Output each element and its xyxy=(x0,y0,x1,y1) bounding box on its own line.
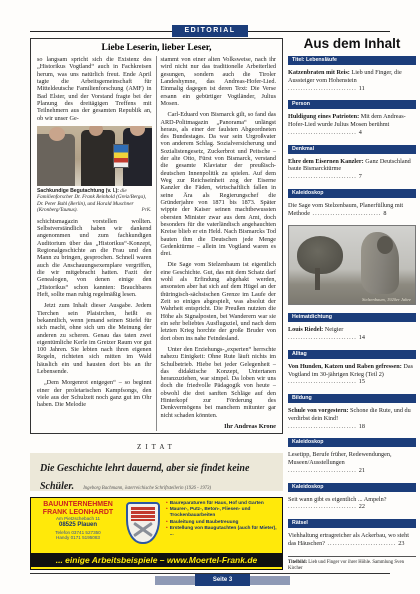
company-crest-icon xyxy=(126,502,160,544)
toc-entry: Die Sage vom Stelzenbaum, Planerfüllung … xyxy=(288,202,416,218)
paragraph: „Dem Morgenrot entgegen“ – so beginnt ei… xyxy=(37,379,152,408)
article-columns: so langsam spricht sich die Existenz des… xyxy=(31,56,282,431)
dot-leader xyxy=(288,334,357,341)
crest-bricks xyxy=(131,507,155,521)
quote-box: Die Geschichte lehrt dauernd, aber sie f… xyxy=(30,453,283,491)
quote-section-heading: ZITAT xyxy=(30,443,283,451)
photo-caption: Stelzenbaum, 1920er Jahre xyxy=(362,297,411,302)
dot-leader xyxy=(288,129,357,136)
photo-tree xyxy=(297,236,343,274)
toc-category-bar: Titel: Lebensläufe xyxy=(288,56,416,65)
photo-figure xyxy=(37,134,75,186)
photo-caption: Sachkundige Begutachtung (v. l.): die Fa… xyxy=(37,188,152,214)
toc-category-bar: Kaleidoskop xyxy=(288,438,416,447)
ad-website-banner: ... einige Arbeitsbeispiele – www.Moerte… xyxy=(31,553,282,567)
toc-page-number: 23 xyxy=(398,540,404,547)
toc-entry-lead: Schule von vorgestern: xyxy=(288,407,349,414)
toc-entry: Schule von vorgestern: Schone die Rute, … xyxy=(288,407,416,430)
toc-title: Aus dem Inhalt xyxy=(288,36,416,51)
ad-company-line1: BAUUNTERNEHMEN xyxy=(34,501,122,509)
toc-page-number: 22 xyxy=(359,503,365,510)
footer-strip: Seite 3 xyxy=(155,576,290,585)
paragraph: so langsam spricht sich die Existenz des… xyxy=(37,56,152,122)
toc-section: Heimatdichtung Louis Riedel: Neigier14 xyxy=(288,313,416,342)
toc-entry-lead: Louis Riedel: xyxy=(288,326,323,333)
toc-page-number: 8 xyxy=(383,210,386,217)
toc-entry-lead: Huldigung eines Patrioten: xyxy=(288,113,359,120)
editorial-photo xyxy=(37,126,152,186)
toc-category-bar: Kaleidoskop xyxy=(288,483,416,492)
ad-body: BAUUNTERNEHMEN FRANK LEONHARDT Am Pietzs… xyxy=(31,498,282,553)
caption-lead: Sachkundige Begutachtung (v. l.): xyxy=(37,188,119,194)
toc-page-number: 7 xyxy=(359,173,362,180)
ad-company-line2: FRANK LEONHARDT xyxy=(34,509,122,517)
paragraph: Jetzt zum Inhalt dieser Ausgabe. Jedem T… xyxy=(37,302,152,375)
toc-section: Alltag Von Hunden, Katzen und Raben gefr… xyxy=(288,350,416,386)
paragraph: schichtsmagazin vorstellen wollten. Selb… xyxy=(37,218,152,298)
author-signature: Ihr Andreas Krone xyxy=(161,423,277,431)
toc-entry-lead: Katzenbraten mit Reis: xyxy=(288,69,350,76)
toc-section: Kaleidoskop Seit wann gibt es eigentlich… xyxy=(288,483,416,512)
toc-category-bar: Bildung xyxy=(288,394,416,403)
dot-leader xyxy=(288,378,357,385)
dot-leader xyxy=(288,423,357,430)
table-of-contents: Aus dem Inhalt Titel: Lebensläufe Katzen… xyxy=(288,36,416,572)
paragraph: Carl-Eduard von Bismarck gilt, so fand d… xyxy=(161,111,277,257)
toc-section: Bildung Schule von vorgestern: Schone di… xyxy=(288,394,416,430)
toc-section: Rätsel Viehhaltung ertragreicher als Ack… xyxy=(288,519,416,548)
toc-entry: Katzenbraten mit Reis: Lieb und Finger, … xyxy=(288,69,416,92)
toc-entry: Seit wann gibt es eigentlich ... Ampeln?… xyxy=(288,496,416,512)
cover-image-credit: Titelbild: Lieb und Finger vor ihrer Höh… xyxy=(288,556,416,573)
dot-leader xyxy=(288,503,357,510)
bullet-icon: • xyxy=(166,526,168,538)
toc-entry-lead: Ehre dem Eisernen Kanzler: xyxy=(288,158,364,165)
ad-service-text: Maurer-, Putz-, Beton-, Fliesen- und Tro… xyxy=(170,507,279,519)
toc-section: Titel: Lebensläufe Katzenbraten mit Reis… xyxy=(288,56,416,92)
ad-mobile: Handy 0171 5195083 xyxy=(34,535,122,541)
ad-company-name: BAUUNTERNEHMEN FRANK LEONHARDT xyxy=(34,501,122,516)
toc-entry: Ehre dem Eisernen Kanzler: Ganz Deutschl… xyxy=(288,158,416,181)
toc-entry-lead: Von Hunden, Katzen und Raben gefressen: xyxy=(288,363,402,370)
toc-entry-text: Lesetipp, Berufe früher, Redewendungen, … xyxy=(288,451,392,466)
ad-service-item: •Maurer-, Putz-, Beton-, Fliesen- und Tr… xyxy=(166,507,279,519)
paragraph: stammt von einer alten Volksweise, nach … xyxy=(161,56,277,107)
page-number-badge: Seite 3 xyxy=(195,574,250,586)
toc-section: Kaleidoskop Lesetipp, Berufe früher, Red… xyxy=(288,438,416,474)
toc-category-bar: Alltag xyxy=(288,350,416,359)
toc-category-bar: Denkmal xyxy=(288,145,416,154)
article-title: Liebe Leserin, lieber Leser, xyxy=(31,39,282,56)
toc-page-number: 18 xyxy=(359,423,365,430)
paragraph: Unter den Erziehungs-„experten“ herrscht… xyxy=(161,346,277,419)
toc-entry: Huldigung eines Patrioten: Mit dem Andre… xyxy=(288,113,416,136)
toc-page-number: 14 xyxy=(359,334,365,341)
dot-leader xyxy=(288,467,357,474)
dot-leader xyxy=(310,210,381,217)
ad-company-block: BAUUNTERNEHMEN FRANK LEONHARDT Am Pietzs… xyxy=(34,501,122,553)
dot-leader xyxy=(288,85,357,92)
ad-service-text: Erstellung von Baugutachten (auch für Mi… xyxy=(170,526,279,538)
toc-page-number: 21 xyxy=(359,467,365,474)
dot-leader xyxy=(325,540,396,547)
dot-leader xyxy=(288,173,357,180)
paragraph: Die Sage vom Stelzenbaum ist eigentlich … xyxy=(161,261,277,341)
toc-category-bar: Person xyxy=(288,100,416,109)
toc-entry-text: Seit wann gibt es eigentlich ... Ampeln? xyxy=(288,496,386,503)
toc-category-bar: Rätsel xyxy=(288,519,416,528)
toc-section: Kaleidoskop Die Sage vom Stelzenbaum, Pl… xyxy=(288,189,416,218)
toc-category-bar: Heimatdichtung xyxy=(288,313,416,322)
toc-entry: Von Hunden, Katzen und Raben gefressen: … xyxy=(288,363,416,386)
toc-page-number: 15 xyxy=(359,378,365,385)
editorial-label: EDITORIAL xyxy=(184,27,235,34)
photo-credit: PrK. xyxy=(142,207,152,214)
editorial-article: Liebe Leserin, lieber Leser, so langsam … xyxy=(30,38,283,434)
toc-section: Denkmal Ehre dem Eisernen Kanzler: Ganz … xyxy=(288,145,416,181)
bullet-icon: • xyxy=(166,507,168,519)
ad-service-item: •Erstellung von Baugutachten (auch für M… xyxy=(166,526,279,538)
toc-entry-text: Neigier xyxy=(323,326,343,333)
advertisement: BAUUNTERNEHMEN FRANK LEONHARDT Am Pietzs… xyxy=(30,497,283,570)
ad-city: 08525 Plauen xyxy=(34,522,122,530)
editorial-section-tag: EDITORIAL xyxy=(172,25,248,37)
toc-page-number: 4 xyxy=(359,129,362,136)
photo-magazine xyxy=(113,144,129,168)
photo-figure xyxy=(49,127,65,141)
toc-page-number: 11 xyxy=(359,85,365,92)
magazine-page: EDITORIAL Liebe Leserin, lieber Leser, s… xyxy=(0,0,420,594)
toc-entry: Viehhaltung ertragreicher als Ackerbau, … xyxy=(288,532,416,548)
photo-tree-trunk xyxy=(315,268,320,290)
quote-attribution: Ingeborg Bachmann, österreichische Schri… xyxy=(83,486,211,491)
toc-entry: Lesetipp, Berufe früher, Redewendungen, … xyxy=(288,451,416,474)
article-column-left: so langsam spricht sich die Existenz des… xyxy=(35,56,157,431)
toc-entry: Louis Riedel: Neigier14 xyxy=(288,326,416,342)
toc-category-bar: Kaleidoskop xyxy=(288,189,416,198)
credit-lead: Titelbild: xyxy=(288,560,307,565)
ad-services-list: •Baureparaturen für Haus, Hof und Garten… xyxy=(164,501,279,553)
stelzenbaum-photo: Stelzenbaum, 1920er Jahre xyxy=(288,225,416,305)
toc-section: Person Huldigung eines Patrioten: Mit de… xyxy=(288,100,416,136)
photo-figure xyxy=(81,130,115,186)
article-column-right: stammt von einer alten Volksweise, nach … xyxy=(157,56,279,431)
